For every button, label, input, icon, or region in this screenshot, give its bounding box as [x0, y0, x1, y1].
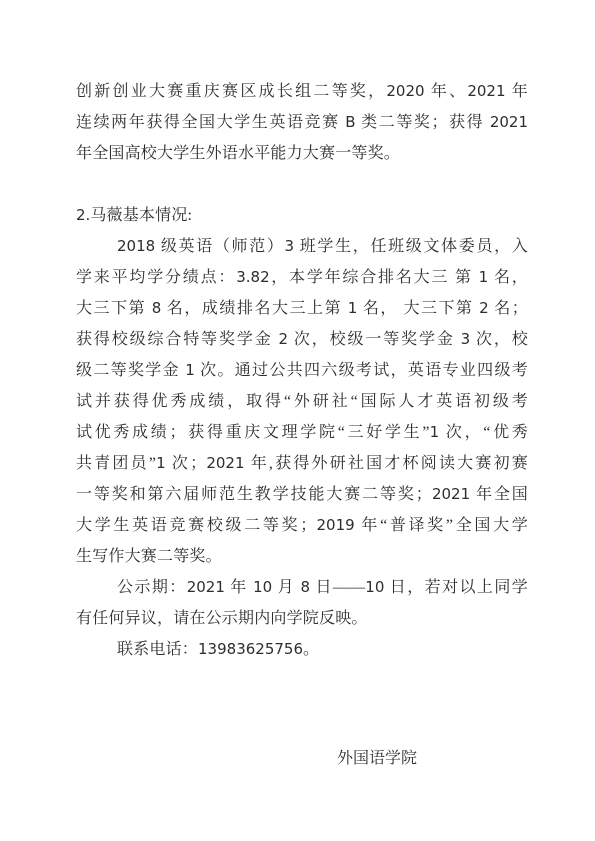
text-line: 连续两年获得全国大学生英语竞赛 B 类二等奖；获得 2021 — [76, 107, 528, 138]
section-heading: 2.马薇基本情况: — [76, 200, 528, 231]
text-line: 一等奖和第六届师范生教学技能大赛二等奖；2021 年全国 — [76, 479, 528, 510]
text-line: 共青团员”1 次；2021 年,获得外研社国才杯阅读大赛初赛 — [76, 448, 528, 479]
text-line: 大三下第 8 名，成绩排名大三上第 1 名， 大三下第 2 名； — [76, 293, 528, 324]
text-line: 2018 级英语（师范）3 班学生，任班级文体委员，入 — [76, 231, 528, 262]
text-line: 试并获得优秀成绩，取得“外研社“国际人才英语初级考 — [76, 386, 528, 417]
document-page: 创新创业大赛重庆赛区成长组二等奖，2020 年、2021 年 连续两年获得全国大… — [0, 0, 595, 841]
contact-phone-line: 联系电话：13983625756。 — [76, 634, 528, 665]
text-line: 有任何异议，请在公示期内向学院反映。 — [76, 603, 528, 634]
text-line: 学来平均学分绩点：3.82，本学年综合排名大三 第 1 名， — [76, 262, 528, 293]
text-line: 年全国高校大学生外语水平能力大赛一等奖。 — [76, 138, 528, 169]
blank-line — [76, 169, 528, 200]
text-line: 试优秀成绩；获得重庆文理学院“三好学生”1 次，“优秀 — [76, 417, 528, 448]
text-line: 公示期：2021 年 10 月 8 日——10 日，若对以上同学 — [76, 572, 528, 603]
signature-department: 外国语学院 — [337, 743, 417, 774]
document-body: 创新创业大赛重庆赛区成长组二等奖，2020 年、2021 年 连续两年获得全国大… — [76, 76, 528, 665]
text-line: 级二等奖学金 1 次。通过公共四六级考试，英语专业四级考 — [76, 355, 528, 386]
text-line: 获得校级综合特等奖学金 2 次，校级一等奖学金 3 次，校 — [76, 324, 528, 355]
text-line: 创新创业大赛重庆赛区成长组二等奖，2020 年、2021 年 — [76, 76, 528, 107]
text-line: 生写作大赛二等奖。 — [76, 541, 528, 572]
text-line: 大学生英语竞赛校级二等奖；2019 年“普译奖”全国大学 — [76, 510, 528, 541]
